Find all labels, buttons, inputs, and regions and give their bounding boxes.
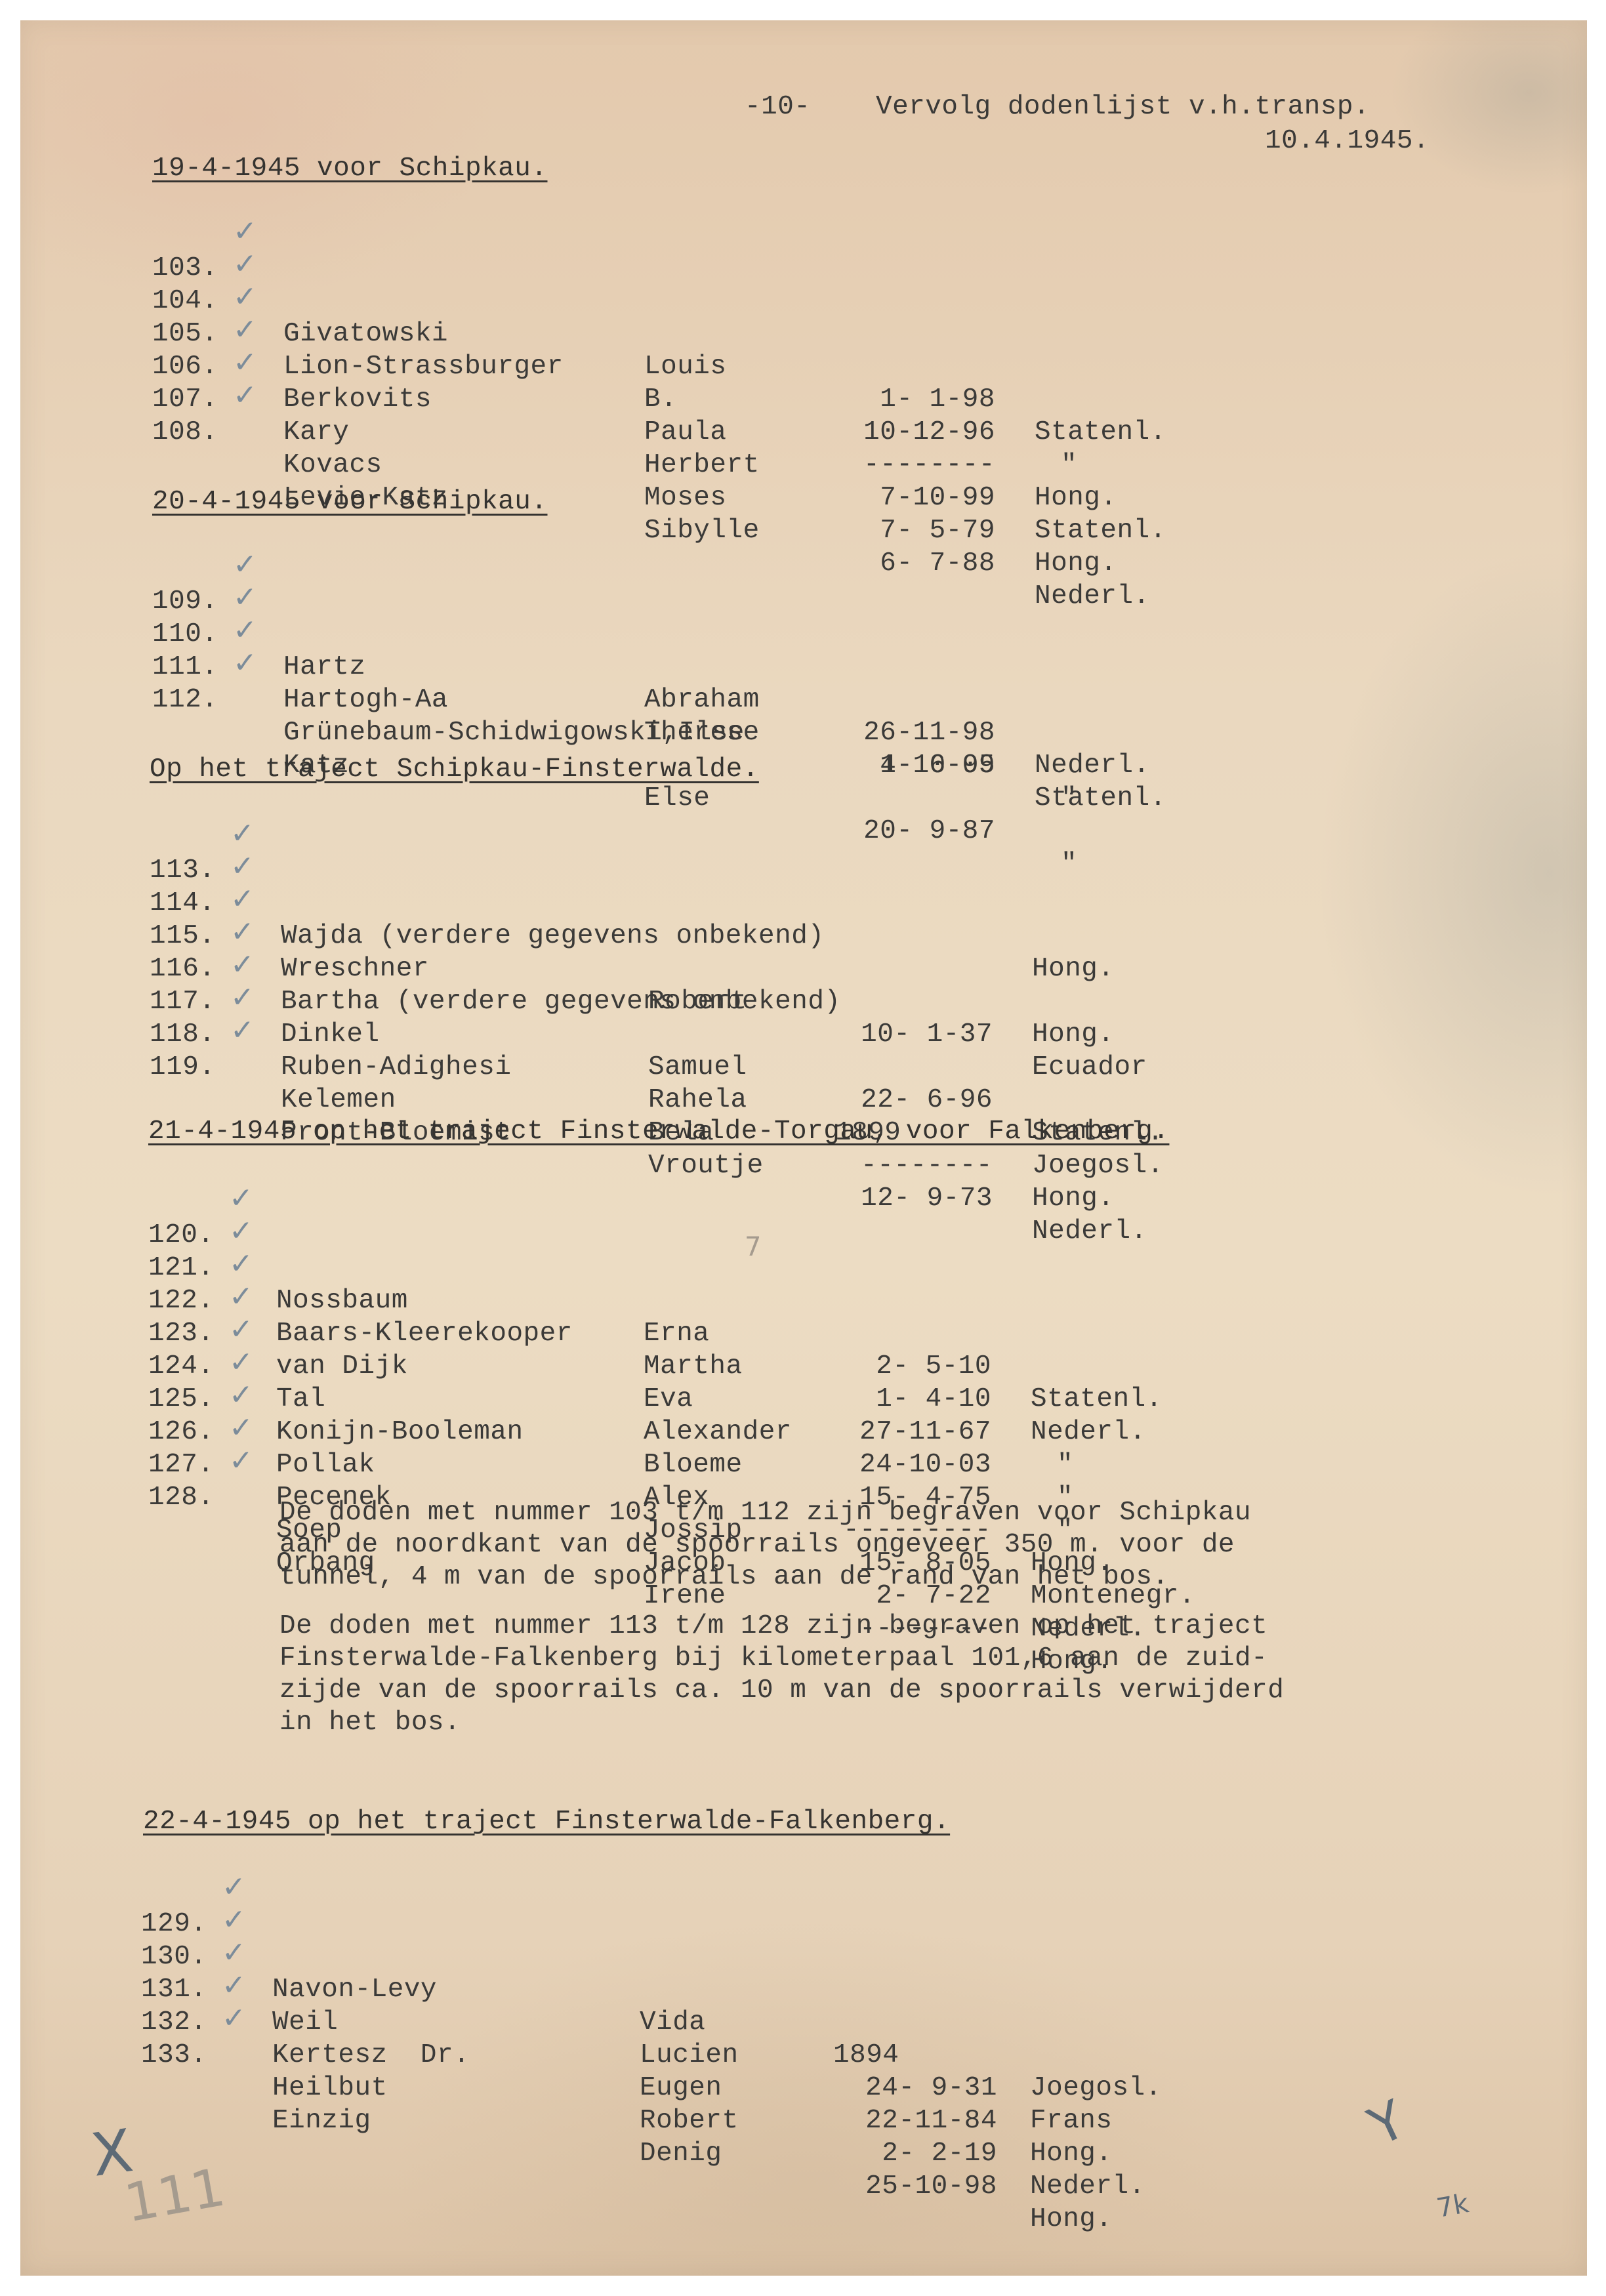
first-name: Herbert (644, 449, 760, 482)
surname: Navon-Levy (272, 1973, 437, 2006)
stray-pencil-mark: 7 (745, 1232, 761, 1262)
birth-date: 2- 2-19 (833, 2137, 997, 2170)
first-name: Eva (644, 1383, 693, 1416)
surname: Dinkel (281, 1018, 380, 1051)
surname: Kelemen (281, 1084, 396, 1117)
nationality: Statenl. (1031, 1383, 1163, 1416)
list-row: 118. ✓ Kelemen Bela -------- Hong. (150, 985, 215, 1018)
list-row: 124. ✓ Konijn-Booleman Bloeme 15- 4-75 " (148, 1317, 214, 1350)
list-row: 107. ✓ Kovacs Moses 7- 5-79 Hong. (152, 350, 218, 383)
surname: Grünebaum-Schidwigowski,Ilse (283, 716, 745, 749)
first-name: Samuel (648, 1051, 747, 1084)
birth-date: 12- 9-73 (829, 1182, 993, 1215)
birth-date: -------- (831, 449, 995, 482)
first-name: Lucien (640, 2039, 739, 2072)
check-icon: ✓ (233, 248, 257, 281)
birth-date: 24-10-03 (827, 1448, 991, 1481)
check-icon: ✓ (230, 981, 255, 1014)
first-name: Eugen (640, 2072, 722, 2104)
list-row: 111. ✓ Grünebaum-Schidwigowski,Ilse 1- 6… (152, 618, 218, 651)
list-row: 113. ✓ Wajda (verdere gegevens onbekend)… (150, 821, 215, 854)
check-icon: ✓ (222, 2002, 246, 2035)
check-icon: ✓ (229, 1379, 253, 1412)
list-row: 121. ✓ Baars-Kleerekooper Martha 1- 4-10… (148, 1219, 214, 1252)
birth-date: 20- 9-87 (831, 815, 995, 848)
nationality: Hong. (1030, 2203, 1113, 2236)
page-number: -10- (745, 91, 810, 123)
nationality: Nederl. (1030, 2170, 1145, 2203)
check-icon: ✓ (233, 614, 257, 647)
first-name: Abraham (644, 684, 760, 716)
check-icon: ✓ (233, 346, 257, 379)
first-name: Vroutje (648, 1149, 764, 1182)
list-row: 104. ✓ Lion-Strassburger B. 10-12-96 " (152, 252, 218, 285)
check-icon: ✓ (233, 281, 257, 314)
first-name: Denig (640, 2137, 722, 2170)
surname: Berkovits (283, 383, 432, 416)
first-name: Vida (640, 2006, 705, 2039)
check-icon: ✓ (233, 548, 257, 581)
entry-number: 108. (152, 416, 218, 449)
check-icon: ✓ (229, 1445, 253, 1477)
surname: Bartha (verdere gegevens onbekend) (281, 985, 841, 1018)
nationality: " (1057, 1448, 1073, 1481)
check-icon: ✓ (233, 647, 257, 680)
first-name: B. (644, 383, 677, 416)
birth-date: 7- 5-79 (831, 514, 995, 547)
list-row: 128. ✓ Orbang Irene -------- Hong. (148, 1448, 214, 1481)
list-row: 130. ✓ Weil Lucien 24- 9-31 Frans (141, 1908, 207, 1940)
list-row: 117. ✓ Ruben-Adighesi Rahela 1899 Joegos… (150, 953, 215, 985)
nationality: " (1061, 848, 1077, 880)
section-heading: Op het traject Schipkau-Finsterwalde. (150, 753, 759, 786)
surname: Baars-Kleerekooper (276, 1317, 573, 1350)
surname: Wreschner (281, 953, 429, 985)
list-row: 129. ✓ Navon-Levy Vida 1894 Joegosl. (141, 1875, 207, 1908)
nationality: Joegosl. (1032, 1149, 1164, 1182)
birth-date: 27-11-67 (827, 1416, 991, 1448)
surname: Ruben-Adighesi (281, 1051, 511, 1084)
nationality: Joegosl. (1030, 2072, 1162, 2104)
surname: Nossbaum (276, 1284, 408, 1317)
birth-date: 22-11-84 (833, 2104, 997, 2137)
section-heading: 19-4-1945 voor Schipkau. (152, 152, 548, 185)
first-name: Sibylle (644, 514, 760, 547)
nationality: Hong. (1032, 1018, 1115, 1051)
birth-date: 1894 (833, 2039, 997, 2072)
check-icon: ✓ (233, 581, 257, 614)
birth-date: 6- 7-88 (831, 547, 995, 580)
death-list-section: 109. ✓ Hartz Abraham 26-11-98 Nederl. 11… (152, 552, 185, 716)
check-icon: ✓ (229, 1182, 253, 1215)
surname: Kovacs (283, 449, 382, 482)
document-date: 10.4.1945. (1265, 125, 1430, 157)
section-heading: 21-4-1945 op het traject Finsterwalde-To… (148, 1115, 1169, 1148)
check-icon: ✓ (229, 1248, 253, 1281)
surname: Tal (276, 1383, 325, 1416)
list-row: 116. ✓ Dinkel Samuel 22- 6-96 Statenl. (150, 920, 215, 953)
list-row: 108. ✓ Levie-Katz Sibylle 6- 7-88 Nederl… (152, 383, 218, 416)
nationality: Hong. (1030, 2137, 1113, 2170)
first-name: Martha (644, 1350, 743, 1383)
check-icon: ✓ (230, 1014, 255, 1047)
birth-date: 1- 1-98 (831, 383, 995, 416)
handwritten-initials: 7k (1434, 2188, 1471, 2224)
death-list-section: 120. ✓ Nossbaum Erna 2- 5-10 Statenl. 12… (148, 1186, 181, 1514)
surname: Einzig (272, 2104, 371, 2137)
section-heading: 22-4-1945 op het traject Finsterwalde-Fa… (143, 1805, 950, 1838)
surname: Wajda (verdere gegevens onbekend) (281, 920, 824, 953)
list-row: 109. ✓ Hartz Abraham 26-11-98 Nederl. (152, 552, 218, 585)
death-list-section: 113. ✓ Wajda (verdere gegevens onbekend)… (150, 821, 182, 1084)
entry-number: 119. (150, 1051, 215, 1084)
first-name: Alexander (644, 1416, 792, 1448)
birth-date: 10- 1-37 (829, 1018, 993, 1051)
nationality: Statenl. (1035, 514, 1166, 547)
section-heading: 20-4-1945 voor Schipkau. (152, 485, 548, 518)
nationality: Nederl. (1032, 1215, 1147, 1248)
nationality: Nederl. (1035, 749, 1150, 782)
birth-date: 7-10-99 (831, 482, 995, 514)
first-name: Rahela (648, 1084, 747, 1117)
first-name: Louis (644, 350, 727, 383)
check-icon: ✓ (222, 1937, 246, 1969)
surname: Weil (272, 2006, 338, 2039)
birth-date: 1- 6-05 (831, 749, 995, 782)
check-icon: ✓ (230, 949, 255, 981)
surname: van Dijk (276, 1350, 408, 1383)
list-row: 119. ✓ Pront-Bloemist Vroutje 12- 9-73 N… (150, 1018, 215, 1051)
nationality: Nederl. (1031, 1416, 1146, 1448)
nationality: Ecuador (1032, 1051, 1147, 1084)
list-row: 114. ✓ Wreschner Robert 10- 1-37 Ecuador (150, 854, 215, 887)
nationality: Statenl. (1035, 782, 1166, 815)
list-row: 133. ✓ Einzig Denig 25-10-98 Hong. (141, 2006, 207, 2039)
list-row: 106. ✓ Kary Herbert 7-10-99 Statenl. (152, 318, 218, 350)
list-row: 132. ✓ Heilbut Robert 2- 2-19 Nederl. (141, 1973, 207, 2006)
nationality: Hong. (1032, 1182, 1115, 1215)
surname: Konijn-Booleman (276, 1416, 524, 1448)
first-name: Robert (640, 2104, 739, 2137)
check-icon: ✓ (229, 1313, 253, 1346)
list-row: 103. ✓ Givatowski Louis 1- 1-98 Statenl. (152, 219, 218, 252)
nationality: Hong. (1032, 953, 1115, 985)
check-icon: ✓ (229, 1346, 253, 1379)
document-title: Vervolg dodenlijst v.h.transp. (876, 91, 1370, 123)
list-row: 105. ✓ Berkovits Paula -------- Hong. (152, 285, 218, 318)
check-icon: ✓ (230, 883, 255, 916)
nationality: " (1061, 449, 1077, 482)
death-list-section: 129. ✓ Navon-Levy Vida 1894 Joegosl. 130… (141, 1875, 174, 2072)
first-name: Bloeme (644, 1448, 743, 1481)
list-row: 112. ✓ Katz Else 20- 9-87 " (152, 651, 218, 684)
first-name: Else (644, 782, 710, 815)
surname: Hartz (283, 651, 366, 684)
birth-date: 26-11-98 (831, 716, 995, 749)
nationality: Hong. (1035, 482, 1117, 514)
surname: Hartogh-Aa (283, 684, 448, 716)
list-row: 125. ✓ Pollak Alex --------- Hong. (148, 1350, 214, 1383)
list-row: 131. ✓ Kertesz Dr. Eugen 22-11-84 Hong. (141, 1940, 207, 1973)
check-icon: ✓ (230, 850, 255, 883)
check-icon: ✓ (233, 215, 257, 248)
burial-note: De doden met nummer 113 t/m 128 zijn beg… (279, 1610, 1284, 1739)
check-icon: ✓ (233, 314, 257, 346)
death-list-section: 103. ✓ Givatowski Louis 1- 1-98 Statenl.… (152, 219, 185, 449)
birth-date: 2- 5-10 (827, 1350, 991, 1383)
surname: Kertesz Dr. (272, 2039, 470, 2072)
check-icon: ✓ (230, 817, 255, 850)
birth-date: 25-10-98 (833, 2170, 997, 2203)
check-icon: ✓ (233, 379, 257, 412)
list-row: 115. ✓ Bartha (verdere gegevens onbekend… (150, 887, 215, 920)
check-icon: ✓ (222, 1871, 246, 1904)
birth-date: 22- 6-96 (829, 1084, 993, 1117)
entry-number: 133. (141, 2039, 207, 2072)
surname: Heilbut (272, 2072, 388, 2104)
check-icon: ✓ (230, 916, 255, 949)
birth-date: 1- 4-10 (827, 1383, 991, 1416)
list-row: 122. ✓ van Dijk Eva 27-11-67 " (148, 1252, 214, 1284)
first-name: Moses (644, 482, 727, 514)
surname: Givatowski (283, 318, 448, 350)
check-icon: ✓ (229, 1412, 253, 1445)
nationality: Hong. (1035, 547, 1117, 580)
check-icon: ✓ (229, 1281, 253, 1313)
check-icon: ✓ (229, 1215, 253, 1248)
surname: Kary (283, 416, 349, 449)
surname: Pollak (276, 1448, 375, 1481)
birth-date: 24- 9-31 (833, 2072, 997, 2104)
check-icon: ✓ (222, 1969, 246, 2002)
burial-note: De doden met nummer 103 t/m 112 zijn beg… (279, 1497, 1251, 1593)
nationality: Frans (1030, 2104, 1113, 2137)
list-row: 123. ✓ Tal Alexander 24-10-03 " (148, 1284, 214, 1317)
check-icon: ✓ (222, 1904, 246, 1937)
birth-date: -------- (829, 1149, 993, 1182)
entry-number: 128. (148, 1481, 214, 1514)
first-name: Erna (644, 1317, 709, 1350)
nationality: Nederl. (1035, 580, 1150, 613)
list-row: 110. ✓ Hartogh-Aa Therese 4-10-99 " (152, 585, 218, 618)
list-row: 120. ✓ Nossbaum Erna 2- 5-10 Statenl. (148, 1186, 214, 1219)
list-row: 127. ✓ Soep Jacob 2- 7-22 Nederl. (148, 1416, 214, 1448)
list-row: 126. ✓ Pecenek Jossip 15- 8-05 Montenegr… (148, 1383, 214, 1416)
surname: Lion-Strassburger (283, 350, 564, 383)
birth-date: 10-12-96 (831, 416, 995, 449)
first-name: Paula (644, 416, 727, 449)
entry-number: 112. (152, 684, 218, 716)
nationality: Statenl. (1035, 416, 1166, 449)
